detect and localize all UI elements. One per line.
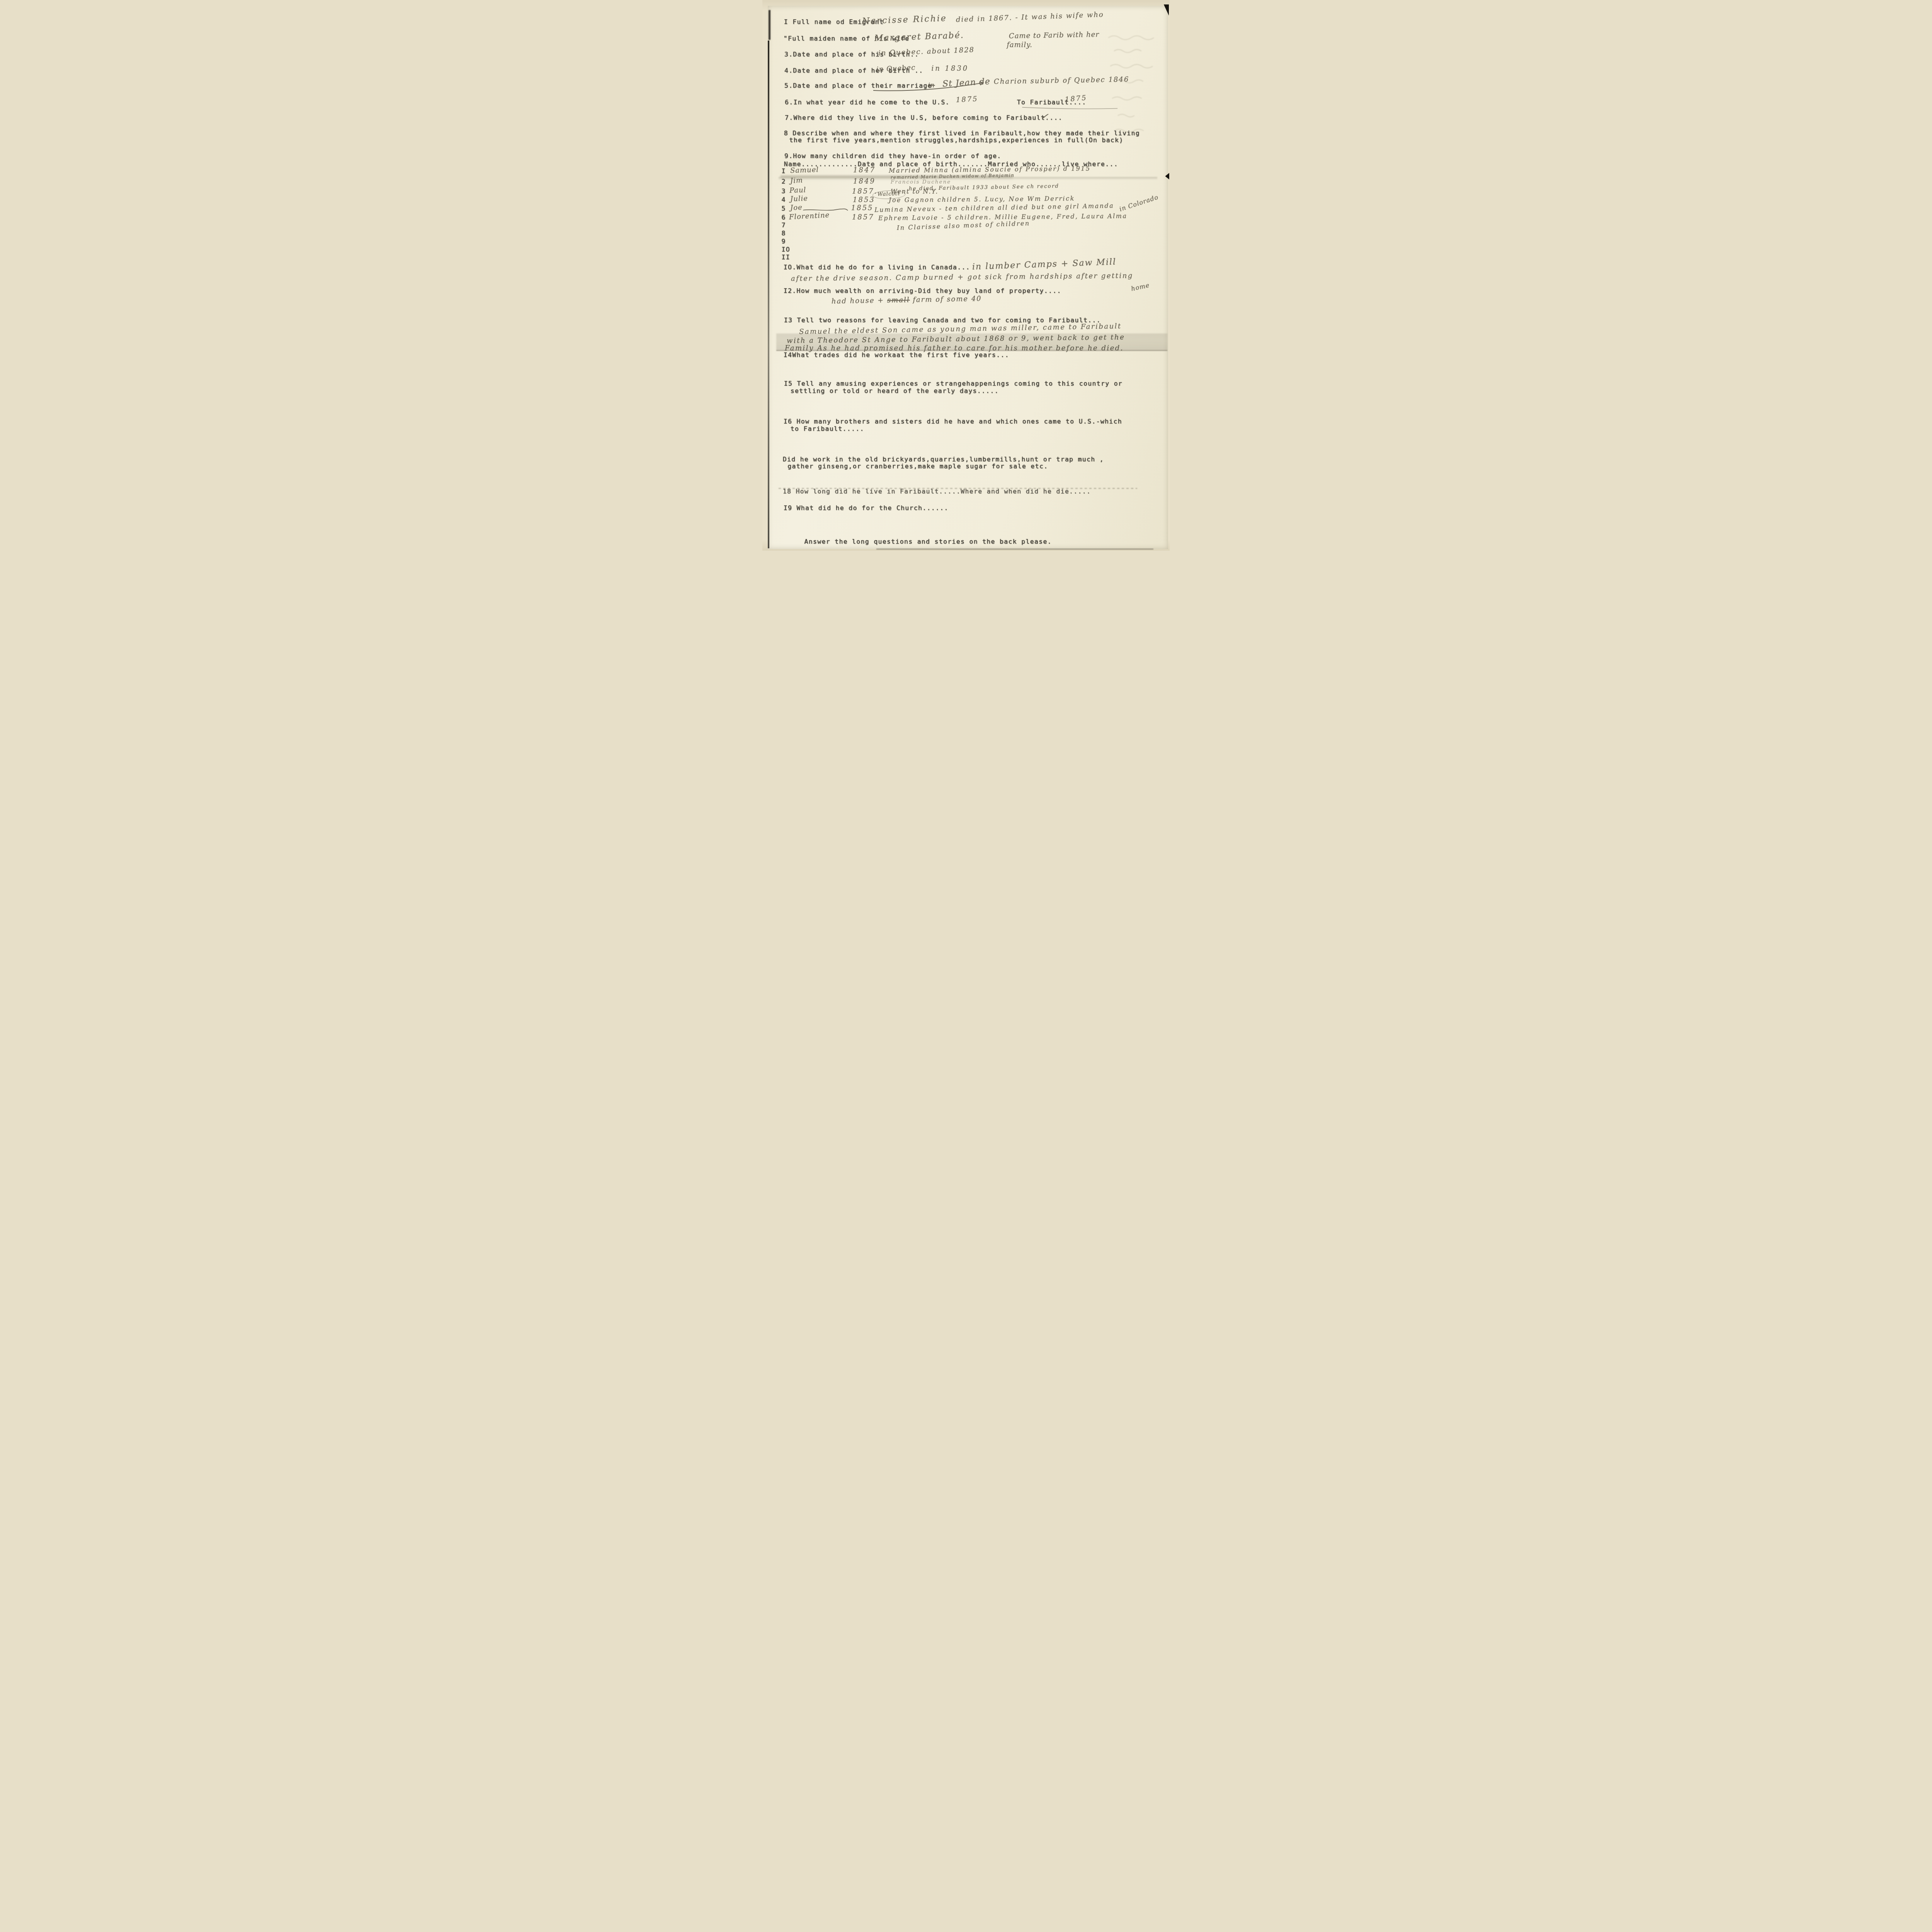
child-1-name: Samuel — [790, 166, 819, 174]
child-row-num-10: IO — [782, 247, 790, 253]
child-row-num-11: II — [782, 254, 790, 261]
child-2-note-faint: Francois Duchene — [891, 180, 951, 185]
child-row-num-2: 2 — [782, 179, 786, 185]
child-row-num-3: 3 — [782, 188, 786, 195]
question-12: I2.How much wealth on arriving-Did they … — [784, 288, 1061, 294]
child-row-num-1: I — [782, 168, 786, 175]
question-10: IO.What did he do for a living in Canada… — [784, 264, 970, 271]
answer-1-note2: Came to Farib with her — [1009, 31, 1099, 40]
child-2-born: 1849 — [853, 178, 876, 185]
arrow-to-charion — [872, 79, 991, 92]
question-16-line2: to Faribault..... — [791, 426, 864, 432]
answer-7-checkmark: ✓ — [1040, 111, 1049, 122]
question-9: 9.How many children did they have-in ord… — [784, 153, 1002, 160]
child-3-name: Paul — [789, 187, 806, 194]
underline-stroke-q6 — [1019, 106, 1121, 110]
answer-13-line3: Family As he had promised his father to … — [785, 345, 1124, 352]
child-4-born: 1853 — [853, 197, 875, 204]
child-3-note: Went to N.Y. — [891, 189, 938, 195]
question-8-line1: 8 Describe when and where they first liv… — [784, 130, 1140, 137]
child-row-num-5: 5 — [782, 206, 786, 212]
child-6-born: 1857 — [852, 214, 874, 221]
question-15-line2: settling or told or heard of the early d… — [791, 388, 999, 395]
question-8-line2: the first five years,mention struggles,h… — [789, 137, 1124, 144]
child-2-name: Jim — [790, 177, 803, 185]
child-5-born: 1855 — [851, 205, 874, 212]
left-paper-edge — [768, 41, 769, 548]
answer-6-year: 1875 — [956, 95, 978, 104]
child-row-num-7: 7 — [782, 222, 786, 229]
answer-4-birth-place: in Quebec — [876, 64, 916, 73]
child-3-born: 1857. — [852, 188, 878, 195]
left-corner-wedge — [769, 10, 770, 39]
child-row-num-6: 6 — [782, 214, 786, 221]
footer-instruction: Answer the long questions and stories on… — [804, 539, 1052, 545]
question-17-line2: gather ginseng,or cranberries,make maple… — [787, 463, 1048, 470]
child-4-note: Joe Gagnon children 5. Lucy, Noe Wm Derr… — [889, 196, 1075, 203]
question-17-line1: Did he work in the old brickyards,quarri… — [783, 456, 1104, 463]
child-1-born: 1847 — [853, 167, 876, 174]
answer-1-note3: family. — [1007, 42, 1032, 49]
scanned-document: I Full name od Emigrant "Full maiden nam… — [762, 0, 1170, 551]
child-5-name: Joe — [790, 204, 802, 211]
question-14: I4What trades did he workaat the first f… — [784, 352, 1009, 359]
answer-4-birth-year: in 1830 — [931, 65, 969, 72]
question-16-line1: I6 How many brothers and sisters did he … — [784, 418, 1122, 425]
answer-12-struck: small — [887, 296, 910, 304]
question-6: 6.In what year did he come to the U.S. — [785, 99, 950, 106]
bottom-edge-shadow — [876, 549, 1153, 549]
bleedthrough-squiggles — [1104, 30, 1165, 140]
child-4-name: Julie — [790, 195, 808, 203]
question-18: 18 How long did he live in Faribault....… — [783, 488, 1091, 495]
child-row-num-4: 4 — [782, 197, 786, 203]
question-7: 7.Where did they live in the U.S, before… — [785, 115, 1063, 121]
question-15-line1: I5 Tell any amusing experiences or stran… — [784, 381, 1122, 387]
answer-12-part1: had house + — [832, 296, 887, 306]
child-row-num-8: 8 — [782, 230, 786, 237]
answer-12-part2: farm of some 40 — [910, 295, 982, 304]
child-row-num-9: 9 — [782, 238, 786, 245]
answer-6-faribault-year: 1875 — [1065, 94, 1087, 103]
question-19: I9 What did he do for the Church...... — [784, 505, 949, 512]
question-13: I3 Tell two reasons for leaving Canada a… — [784, 317, 1101, 324]
